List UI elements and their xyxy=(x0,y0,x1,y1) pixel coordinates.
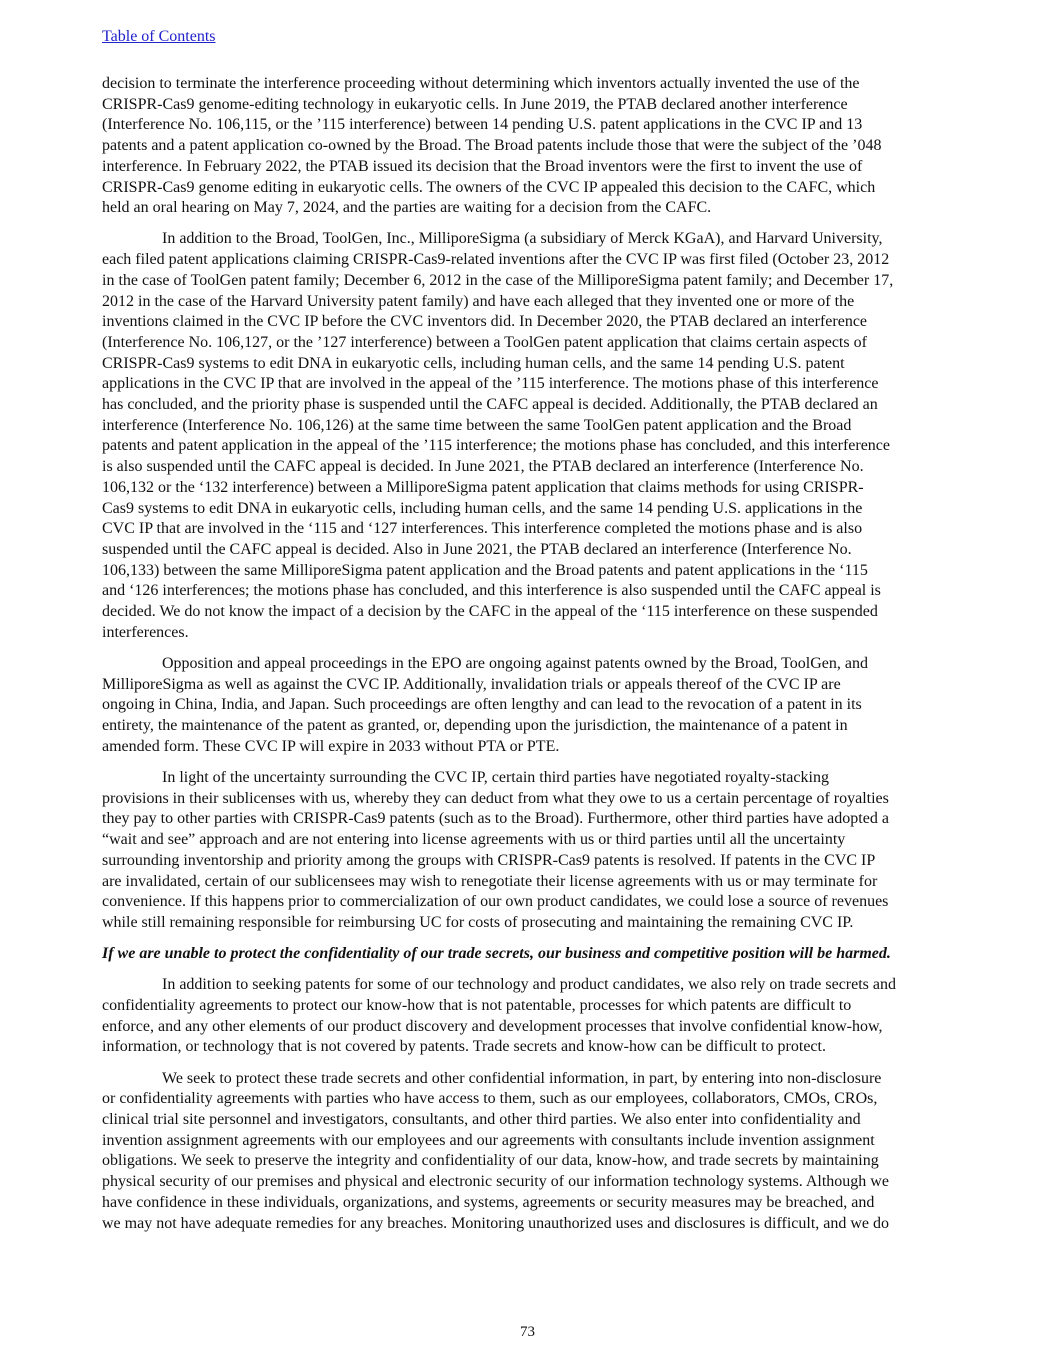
text-line: are invalidated, certain of our sublicen… xyxy=(102,872,962,893)
text-line: CRISPR-Cas9 systems to edit DNA in eukar… xyxy=(102,354,962,375)
text-line: 106,132 or the ‘132 interference) betwee… xyxy=(102,478,962,499)
text-line: we may not have adequate remedies for an… xyxy=(102,1214,962,1235)
text-line: held an oral hearing on May 7, 2024, and… xyxy=(102,198,962,219)
text-line: Opposition and appeal proceedings in the… xyxy=(102,654,962,675)
text-line: information, or technology that is not c… xyxy=(102,1037,962,1058)
text-line: interferences. xyxy=(102,623,962,644)
text-line: in the case of ToolGen patent family; De… xyxy=(102,271,962,292)
text-line: while still remaining responsible for re… xyxy=(102,913,962,934)
document-body: decision to terminate the interference p… xyxy=(102,74,962,1234)
text-line: We seek to protect these trade secrets a… xyxy=(102,1069,962,1090)
text-line: convenience. If this happens prior to co… xyxy=(102,892,962,913)
text-line: clinical trial site personnel and invest… xyxy=(102,1110,962,1131)
page-number: 73 xyxy=(0,1323,1055,1341)
table-of-contents-link[interactable]: Table of Contents xyxy=(102,27,216,47)
text-line: patents and patent application in the ap… xyxy=(102,436,962,457)
text-line: obligations. We seek to preserve the int… xyxy=(102,1151,962,1172)
text-line: confidentiality agreements to protect ou… xyxy=(102,996,962,1017)
text-line: amended form. These CVC IP will expire i… xyxy=(102,737,962,758)
text-line: entirety, the maintenance of the patent … xyxy=(102,716,962,737)
paragraph-royalty-stacking: In light of the uncertainty surrounding … xyxy=(102,768,962,934)
text-line: decided. We do not know the impact of a … xyxy=(102,602,962,623)
text-line: each filed patent applications claiming … xyxy=(102,250,962,271)
text-line: (Interference No. 106,127, or the ’127 i… xyxy=(102,333,962,354)
text-line: In addition to seeking patents for some … xyxy=(102,975,962,996)
text-line: and ‘126 interferences; the motions phas… xyxy=(102,581,962,602)
text-line: ongoing in China, India, and Japan. Such… xyxy=(102,695,962,716)
text-line: applications in the CVC IP that are invo… xyxy=(102,374,962,395)
text-line: interference (Interference No. 106,126) … xyxy=(102,416,962,437)
text-line: In light of the uncertainty surrounding … xyxy=(102,768,962,789)
section-heading-trade-secrets: If we are unable to protect the confiden… xyxy=(102,944,962,965)
text-line: have confidence in these individuals, or… xyxy=(102,1193,962,1214)
text-line: “wait and see” approach and are not ente… xyxy=(102,830,962,851)
text-line: invention assignment agreements with our… xyxy=(102,1131,962,1152)
text-line: Cas9 systems to edit DNA in eukaryotic c… xyxy=(102,499,962,520)
text-line: (Interference No. 106,115, or the ’115 i… xyxy=(102,115,962,136)
text-line: inventions claimed in the CVC IP before … xyxy=(102,312,962,333)
paragraph-interference-115: decision to terminate the interference p… xyxy=(102,74,962,219)
text-line: interference. In February 2022, the PTAB… xyxy=(102,157,962,178)
text-line: physical security of our premises and ph… xyxy=(102,1172,962,1193)
text-line: MilliporeSigma as well as against the CV… xyxy=(102,675,962,696)
text-line: CRISPR-Cas9 genome-editing technology in… xyxy=(102,95,962,116)
text-line: they pay to other parties with CRISPR-Ca… xyxy=(102,809,962,830)
text-line: provisions in their sublicenses with us,… xyxy=(102,789,962,810)
text-line: enforce, and any other elements of our p… xyxy=(102,1017,962,1038)
paragraph-other-filers: In addition to the Broad, ToolGen, Inc.,… xyxy=(102,229,962,643)
text-line: or confidentiality agreements with parti… xyxy=(102,1089,962,1110)
text-line: 2012 in the case of the Harvard Universi… xyxy=(102,292,962,313)
paragraph-confidentiality-agreements: We seek to protect these trade secrets a… xyxy=(102,1069,962,1235)
text-line: is also suspended until the CAFC appeal … xyxy=(102,457,962,478)
text-line: suspended until the CAFC appeal is decid… xyxy=(102,540,962,561)
text-line: has concluded, and the priority phase is… xyxy=(102,395,962,416)
text-line: CRISPR-Cas9 genome editing in eukaryotic… xyxy=(102,178,962,199)
text-line: surrounding inventorship and priority am… xyxy=(102,851,962,872)
text-line: 106,133) between the same MilliporeSigma… xyxy=(102,561,962,582)
paragraph-trade-secrets-reliance: In addition to seeking patents for some … xyxy=(102,975,962,1058)
text-line: patents and a patent application co-owne… xyxy=(102,136,962,157)
text-line: CVC IP that are involved in the ‘115 and… xyxy=(102,519,962,540)
text-line: In addition to the Broad, ToolGen, Inc.,… xyxy=(102,229,962,250)
paragraph-epo-opposition: Opposition and appeal proceedings in the… xyxy=(102,654,962,758)
text-line: decision to terminate the interference p… xyxy=(102,74,962,95)
